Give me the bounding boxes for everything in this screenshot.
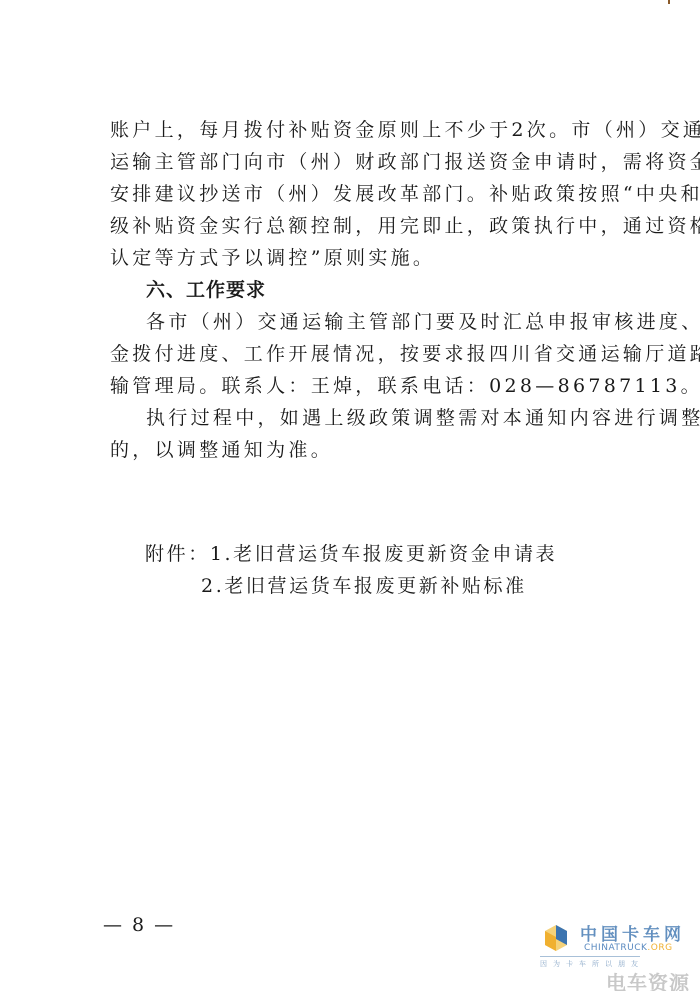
chinatruck-logo-icon [543,923,569,953]
section-heading: 六、工作要求 [110,274,605,306]
paragraph-line: 认定等方式予以调控”原则实施。 [110,242,605,274]
page-number: — 8 — [103,914,175,936]
paragraph-line: 的，以调整通知为准。 [110,434,605,466]
logo-english-text: CHINATRUCK.ORG [584,943,673,953]
attachment-item: 1.老旧营运货车报废更新资金申请表 [210,543,557,565]
watermark: 中国卡车网 CHINATRUCK.ORG 因为卡车所以朋友 电车资源 [540,915,700,991]
paragraph-line: 运输主管部门向市（州）财政部门报送资金申请时，需将资金 [110,146,605,178]
attachments-label: 附件： [145,543,210,565]
paragraph-line: 各市（州）交通运输主管部门要及时汇总申报审核进度、资 [110,306,605,338]
attachment-line-1: 附件：1.老旧营运货车报废更新资金申请表 [145,538,557,570]
paragraph-line: 执行过程中，如遇上级政策调整需对本通知内容进行调整 [110,402,605,434]
paragraph-line: 级补贴资金实行总额控制，用完即止，政策执行中，通过资格 [110,210,605,242]
paragraph-line: 账户上，每月拨付补贴资金原则上不少于2次。市（州）交通 [110,114,605,146]
paragraph-line: 输管理局。联系人：王焯，联系电话：028—86787113。 [110,370,605,402]
document-page: 账户上，每月拨付补贴资金原则上不少于2次。市（州）交通 运输主管部门向市（州）财… [0,0,700,991]
document-body: 账户上，每月拨付补贴资金原则上不少于2次。市（州）交通 运输主管部门向市（州）财… [110,114,605,466]
scan-corner-mark [668,0,670,4]
paragraph-line: 金拨付进度、工作开展情况，按要求报四川省交通运输厅道路运 [110,338,605,370]
attachment-item: 2.老旧营运货车报废更新补贴标准 [145,570,557,602]
logo-divider [540,956,640,957]
logo-en-main: CHINATRUCK [584,943,647,953]
logo-chinese-text: 中国卡车网 [580,920,685,945]
logo-en-suffix: .ORG [647,943,672,953]
attachments-block: 附件：1.老旧营运货车报废更新资金申请表 2.老旧营运货车报废更新补贴标准 [145,538,557,602]
paragraph-line: 安排建议抄送市（州）发展改革部门。补贴政策按照“中央和省 [110,178,605,210]
site-watermark-text: 电车资源 [606,967,690,991]
